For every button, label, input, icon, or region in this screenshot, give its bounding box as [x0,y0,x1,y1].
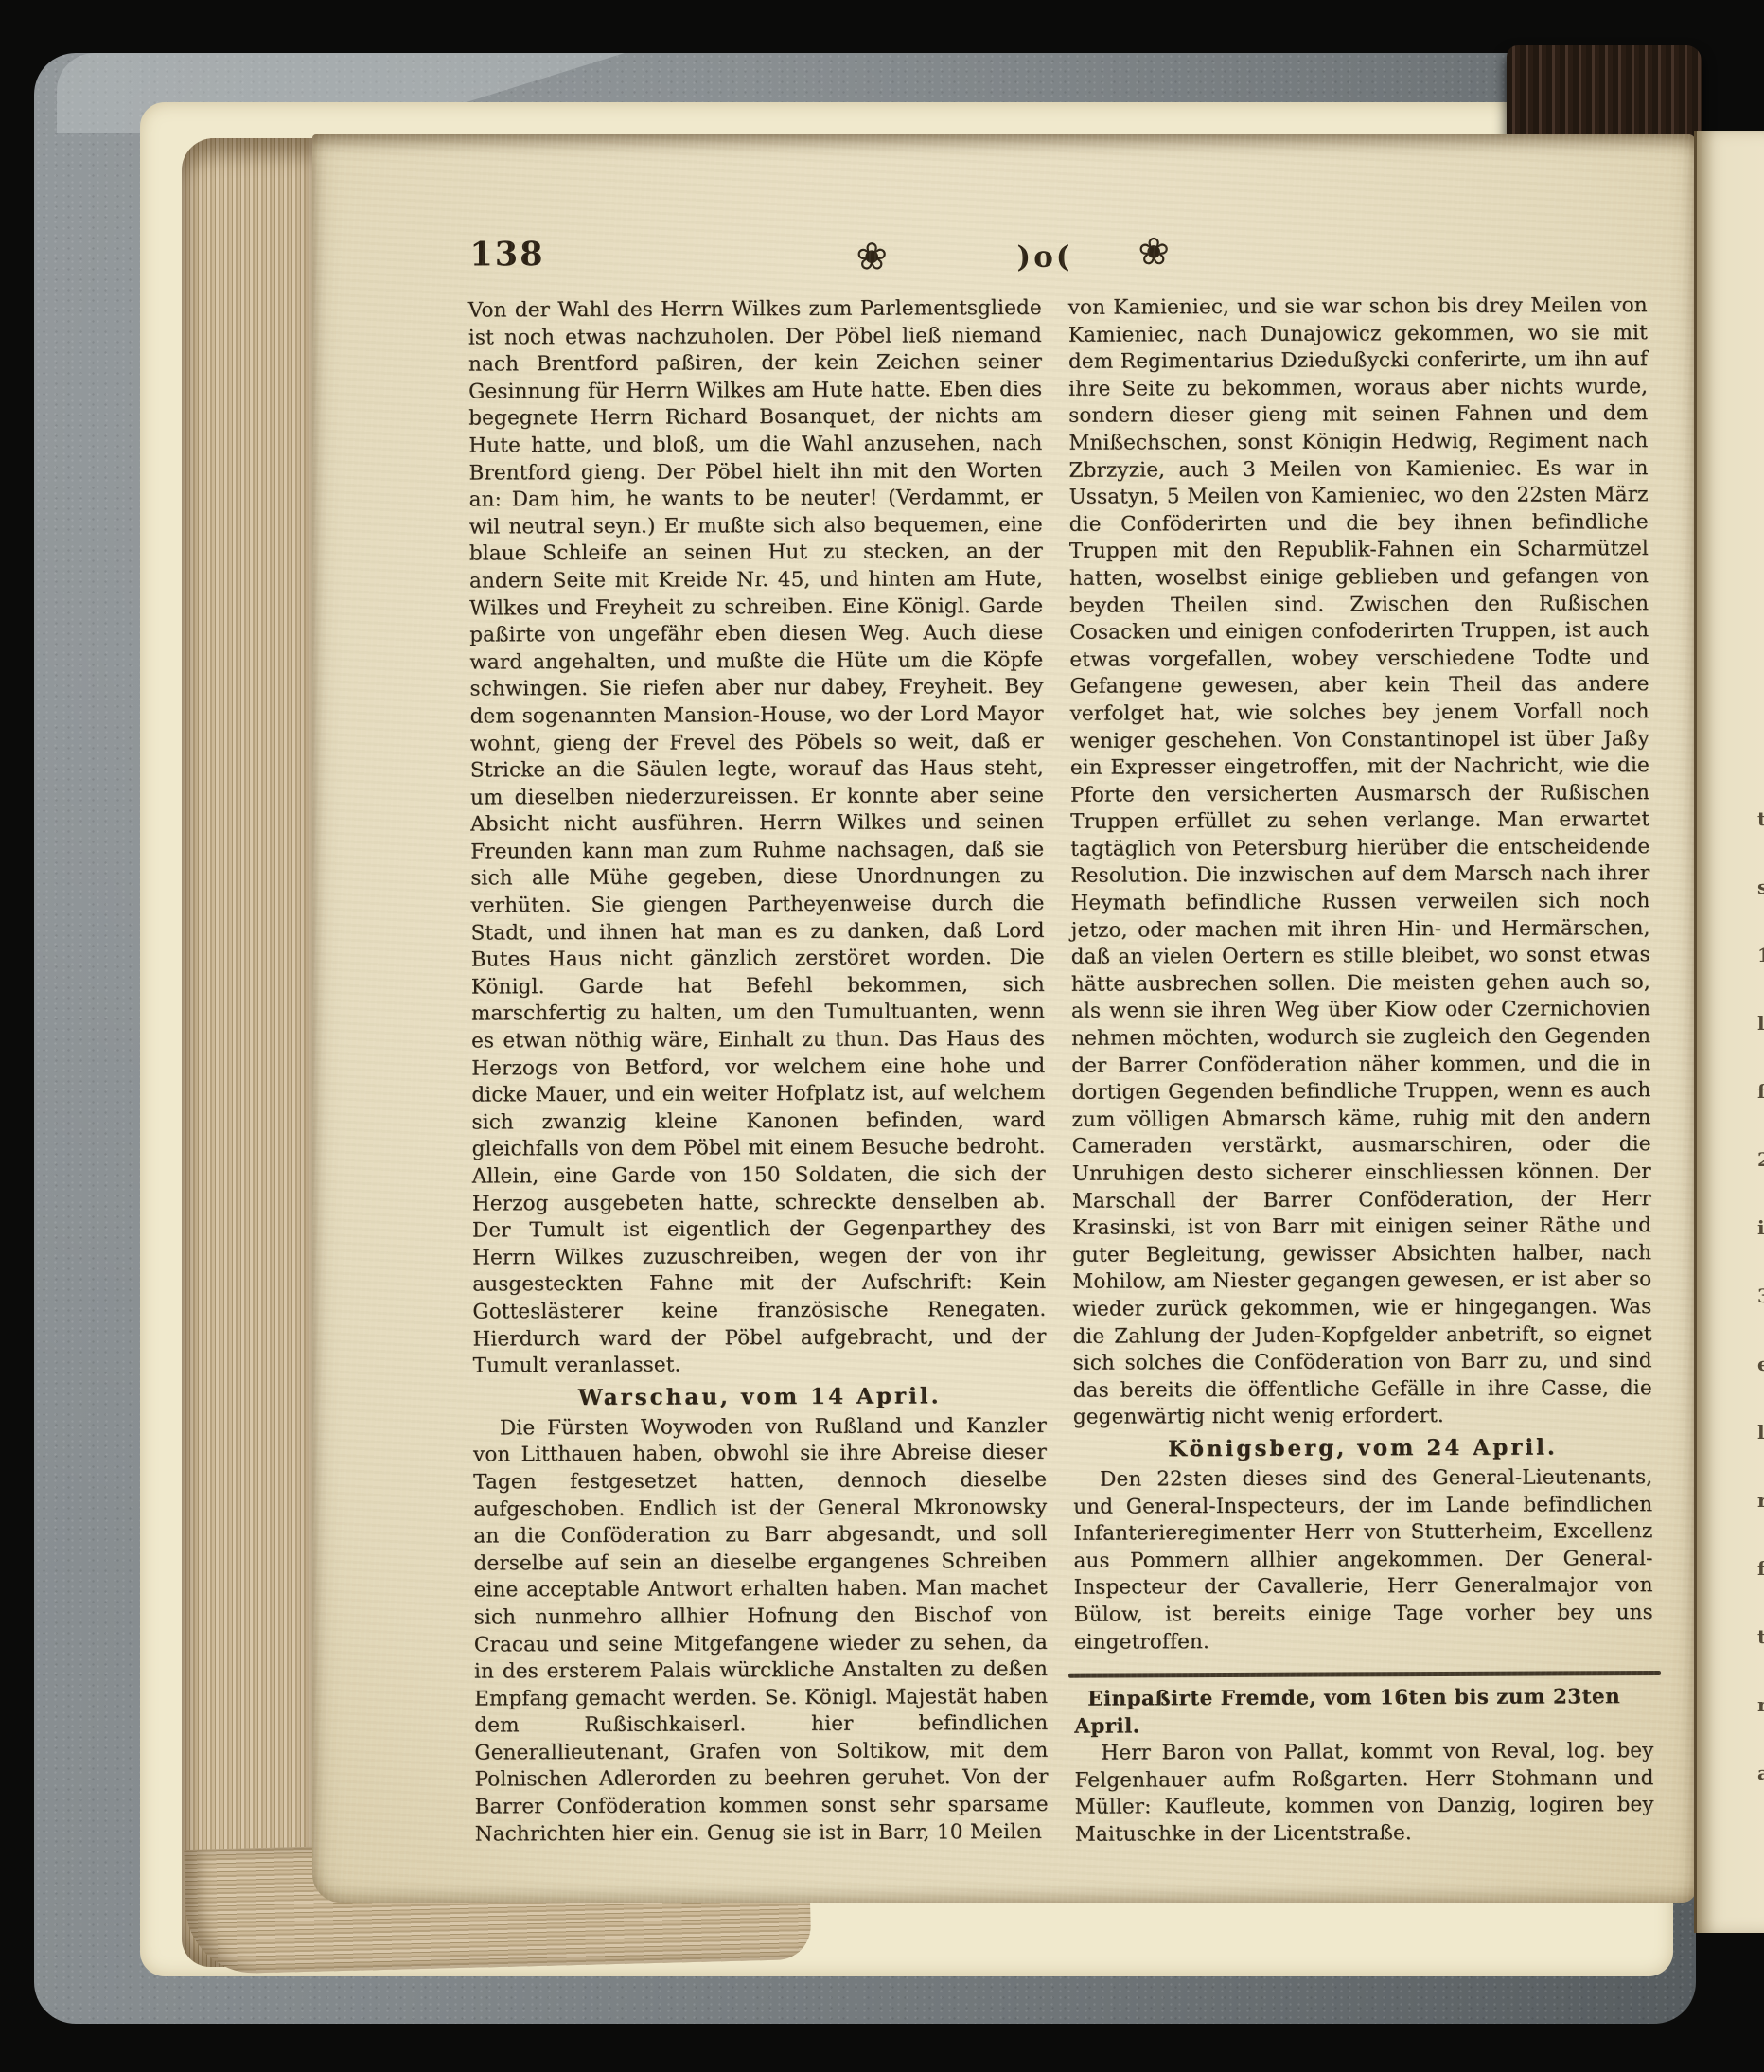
next-page-text-fragment: i [1757,1216,1764,1239]
london-report-continuation: Von der Wahl des Herrn Wilkes zum Parlem… [468,295,1047,1380]
fremde-section-title: Einpaßirte Fremde, vom 16ten bis zum 23t… [1074,1683,1653,1741]
scanned-page: 138 ❀ )o( ❀ Von der Wahl des Herrn Wilke… [312,134,1696,1903]
koenigsberg-dateline: Königsberg, vom 24 April. [1073,1433,1652,1464]
next-page-text-fragment: t [1757,807,1764,830]
page-content: 138 ❀ )o( ❀ Von der Wahl des Herrn Wilke… [309,132,1700,1905]
next-page-text-fragment: s [1757,876,1764,898]
next-page-text-fragment: t [1757,1625,1764,1648]
next-page-text-fragment: 1 [1757,944,1764,966]
section-divider-rule [1068,1671,1661,1678]
next-page-text-fragment: l [1757,1012,1764,1035]
next-page-text-fragment: f [1757,1080,1764,1103]
text-column-right: von Kamieniec, und sie war schon bis dre… [1068,292,1654,1849]
shell-ornament-icon: ❀ [856,236,888,279]
next-page-text-fragment: l [1757,1421,1764,1443]
page-number: 138 [469,235,544,274]
next-page-text-fragment: e [1757,1353,1764,1375]
next-page-text-fragment: 3 [1757,1284,1764,1307]
next-page-text-fragment: n [1757,1693,1764,1716]
shell-ornament-icon: ❀ [1138,230,1170,274]
text-column-left: Von der Wahl des Herrn Wilkes zum Parlem… [468,295,1049,1849]
facing-page-edge: ts1lf2i3elrftna [1694,131,1764,1933]
next-page-text-fragment: r [1757,1489,1764,1512]
next-page-text-fragment: f [1757,1557,1764,1580]
next-page-text-fragment: a [1757,1762,1764,1784]
koenigsberg-report: Den 22sten dieses sind des General-Lieut… [1073,1464,1653,1656]
next-page-text-fragment: 2 [1757,1148,1764,1171]
page-edges-left [182,138,320,1967]
header-separator: )o( [1016,240,1072,274]
fremde-list: Herr Baron von Pallat, kommt von Reval, … [1074,1738,1653,1849]
warschau-report: Die Fürsten Woywoden von Rußland und Kan… [473,1413,1049,1849]
warschau-dateline: Warschau, vom 14 April. [473,1382,1047,1413]
spine-headband [1507,45,1702,144]
warschau-report-continuation: von Kamieniec, und sie war schon bis dre… [1068,292,1652,1432]
